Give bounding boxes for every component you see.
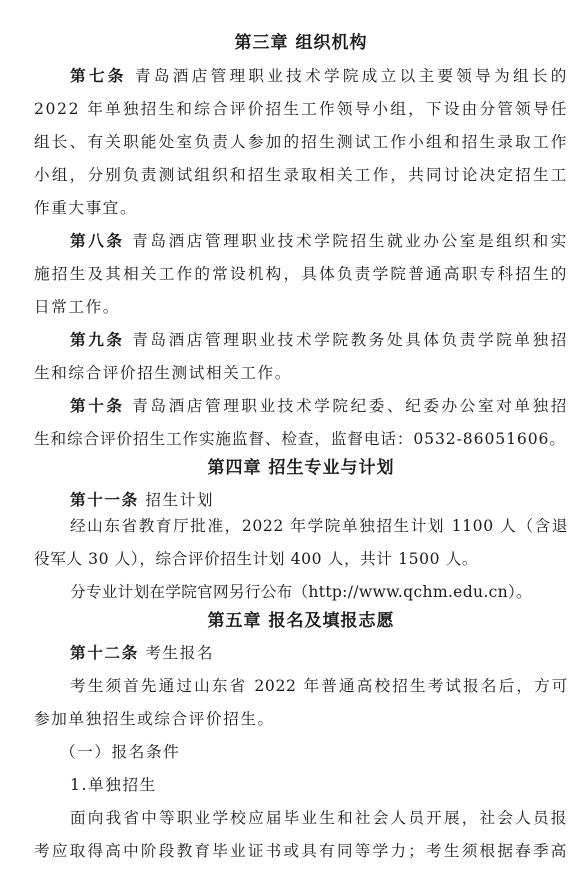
article-12-item-1: 1.单独招生 bbox=[34, 775, 568, 795]
chapter-3-heading: 第三章 组织机构 bbox=[34, 32, 568, 54]
article-9-line-2: 生和综合评价招生测试相关工作。 bbox=[34, 363, 568, 383]
article-12-title: 考生报名 bbox=[145, 644, 214, 662]
article-11-title: 招生计划 bbox=[145, 491, 214, 509]
article-11-para-1-line-2: 役军人 30 人），综合评价招生计划 400 人，共计 1500 人。 bbox=[34, 549, 568, 569]
chapter-4-heading: 第四章 招生专业与计划 bbox=[34, 457, 568, 479]
article-7-text: 青岛酒店管理职业技术学院成立以主要领导为组长的 bbox=[135, 67, 568, 85]
article-12-label: 第十二条 bbox=[70, 644, 139, 662]
chapter-5-heading: 第五章 报名及填报志愿 bbox=[34, 610, 568, 632]
article-11-label: 第十一条 bbox=[70, 491, 139, 509]
article-9-text: 青岛酒店管理职业技术学院教务处具体负责学院单独招 bbox=[132, 331, 568, 349]
article-12-heading: 第十二条 考生报名 bbox=[34, 643, 568, 663]
article-11-para-2: 分专业计划在学院官网另行公布（http://www.qchm.edu.cn）。 bbox=[34, 582, 568, 602]
article-12-para-2-line-1: 面向我省中等职业学校应届毕业生和社会人员开展，社会人员报 bbox=[34, 808, 568, 828]
article-10-line-1: 第十条 青岛酒店管理职业技术学院纪委、纪委办公室对单独招 bbox=[34, 396, 568, 416]
article-9-line-1: 第九条 青岛酒店管理职业技术学院教务处具体负责学院单独招 bbox=[34, 330, 568, 350]
article-8-line-3: 日常工作。 bbox=[34, 297, 568, 317]
article-11-heading: 第十一条 招生计划 bbox=[34, 490, 568, 510]
article-12-para-1-line-2: 参加单独招生或综合评价招生。 bbox=[34, 709, 568, 729]
article-8-label: 第八条 bbox=[70, 232, 125, 250]
article-10-label: 第十条 bbox=[70, 397, 125, 415]
article-7-line-5: 作重大事宜。 bbox=[34, 198, 568, 218]
article-7-label: 第七条 bbox=[70, 67, 127, 85]
article-7-line-1: 第七条 青岛酒店管理职业技术学院成立以主要领导为组长的 bbox=[34, 66, 568, 86]
article-9-label: 第九条 bbox=[70, 331, 125, 349]
article-12-para-2-line-2: 考应取得高中阶段教育毕业证书或具有同等学力；考生须根据春季高 bbox=[34, 841, 568, 861]
article-8-line-1: 第八条 青岛酒店管理职业技术学院招生就业办公室是组织和实 bbox=[34, 231, 568, 251]
article-8-line-2: 施招生及其相关工作的常设机构，具体负责学院普通高职专科招生的 bbox=[34, 264, 568, 284]
article-7-line-4: 小组，分别负责测试组织和招生录取相关工作，共同讨论决定招生工 bbox=[34, 165, 568, 185]
article-7-line-3: 组长、有关职能处室负责人参加的招生测试工作小组和招生录取工作 bbox=[34, 132, 568, 152]
article-10-line-2: 生和综合评价招生工作实施监督、检查，监督电话：0532-86051606。 bbox=[34, 429, 568, 449]
article-12-subsection-1: （一）报名条件 bbox=[34, 742, 578, 762]
article-7-line-2: 2022 年单独招生和综合评价招生工作领导小组，下设由分管领导任 bbox=[34, 99, 568, 119]
article-10-text: 青岛酒店管理职业技术学院纪委、纪委办公室对单独招 bbox=[132, 397, 568, 415]
article-11-para-1-line-1: 经山东省教育厅批准，2022 年学院单独招生计划 1100 人（含退 bbox=[34, 516, 568, 536]
article-12-para-1-line-1: 考生须首先通过山东省 2022 年普通高校招生考试报名后，方可 bbox=[34, 676, 568, 696]
article-8-text: 青岛酒店管理职业技术学院招生就业办公室是组织和实 bbox=[132, 232, 568, 250]
